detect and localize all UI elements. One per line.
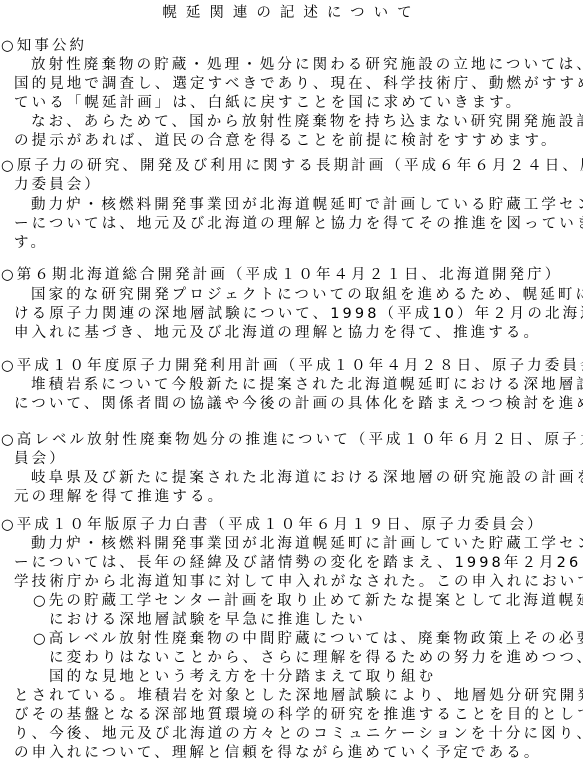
sub-item-line: における深地層試験を早急に推進したい: [49, 611, 366, 630]
paragraph-line: ている「幌延計画」は、白紙に戻すことを国に求めていきます。: [14, 94, 523, 113]
paragraph-line: の提示があれば、道民の合意を得ることを前提に検討をすすめます。: [14, 132, 559, 151]
sub-item-bullet: ○先の貯蔵工学センター計画を取り止めて新たな提案として北海道幌延町: [33, 592, 583, 611]
paragraph-line: ける原子力関連の深地層試験について、1998（平成10）年２月の北海道への: [14, 305, 583, 324]
sub-item-line: 国的な見地という考え方を十分踏まえて取り組む: [49, 668, 436, 687]
section-heading: ○平成１０年度原子力開発利用計画（平成１０年４月２８日、原子力委員会）: [1, 357, 583, 376]
paragraph-line: について、関係者間の協議や今後の計画の具体化を踏まえつつ検討を進める。: [14, 395, 583, 414]
document-title: 幌延関連の記述について: [0, 4, 583, 23]
paragraph-line: なお、あらためて、国から放射性廃棄物を持ち込まない研究開発施設計画: [31, 113, 583, 132]
sub-item-line: に変わりはないことから、さらに理解を得るための努力を進めつつ、全: [49, 649, 583, 668]
paragraph-line: ーについては、地元及び北海道の理解と協力を得てその推進を図っていきま: [14, 215, 583, 234]
paragraph-line: 動力炉・核燃料開発事業団が北海道幌延町で計画している貯蔵工学センタ: [31, 196, 583, 215]
section-heading-cont: 力委員会）: [14, 176, 102, 195]
section-heading: ○第６期北海道総合開発計画（平成１０年４月２１日、北海道開発庁）: [1, 266, 562, 285]
section-heading: ○知事公約: [1, 37, 87, 56]
paragraph-line: 岐阜県及び新たに提案された北海道における深地層の研究施設の計画を地: [31, 469, 583, 488]
section-heading: ○原子力の研究、開発及び利用に関する長期計画（平成６年６月２４日、原子: [1, 157, 583, 176]
paragraph-line: とされている。堆積岩を対象とした深地層試験により、地層処分研究開発及: [14, 687, 583, 706]
paragraph-line: 国的見地で調査し、選定すべきであり、現在、科学技術庁、動燃がすすめて: [14, 75, 583, 94]
paragraph-line: の申入れについて、理解と信頼を得ながら進めていく予定である。: [14, 744, 541, 763]
paragraph-line: 堆積岩系について今般新たに提案された北海道幌延町における深地層試験: [31, 376, 583, 395]
paragraph-line: ーについては、長年の経緯及び諸情勢の変化を踏まえ、1998年２月26日、科: [14, 554, 583, 573]
paragraph-line: 申入れに基づき、地元及び北海道の理解と協力を得て、推進する。: [14, 324, 541, 343]
section-heading-cont: 員会）: [14, 450, 67, 469]
paragraph-line: り、今後、地元及び北海道の方々とのコミュニケーションを十分に図り、こ: [14, 725, 583, 744]
paragraph-line: びその基盤となる深部地質環境の科学的研究を推進することを目的としてお: [14, 706, 583, 725]
section-heading: ○平成１０年版原子力白書（平成１０年６月１９日、原子力委員会）: [1, 516, 545, 535]
paragraph-line: 国家的な研究開発プロジェクトについての取組を進めるため、幌延町にお: [31, 286, 583, 305]
paragraph-line: 学技術庁から北海道知事に対して申入れがなされた。この申入れにおいては: [14, 573, 583, 592]
section-heading: ○高レベル放射性廃棄物処分の推進について（平成１０年６月２日、原子力委: [1, 431, 583, 450]
paragraph-line: 動力炉・核燃料開発事業団が北海道幌延町に計画していた貯蔵工学センタ: [31, 535, 583, 554]
paragraph-line: す。: [14, 234, 48, 253]
paragraph-line: 元の理解を得て推進する。: [14, 488, 225, 507]
paragraph-line: 放射性廃棄物の貯蔵・処理・処分に関わる研究施設の立地については、全: [31, 56, 583, 75]
sub-item-bullet: ○高レベル放射性廃棄物の中間貯蔵については、廃棄物政策上その必要性: [33, 630, 583, 649]
